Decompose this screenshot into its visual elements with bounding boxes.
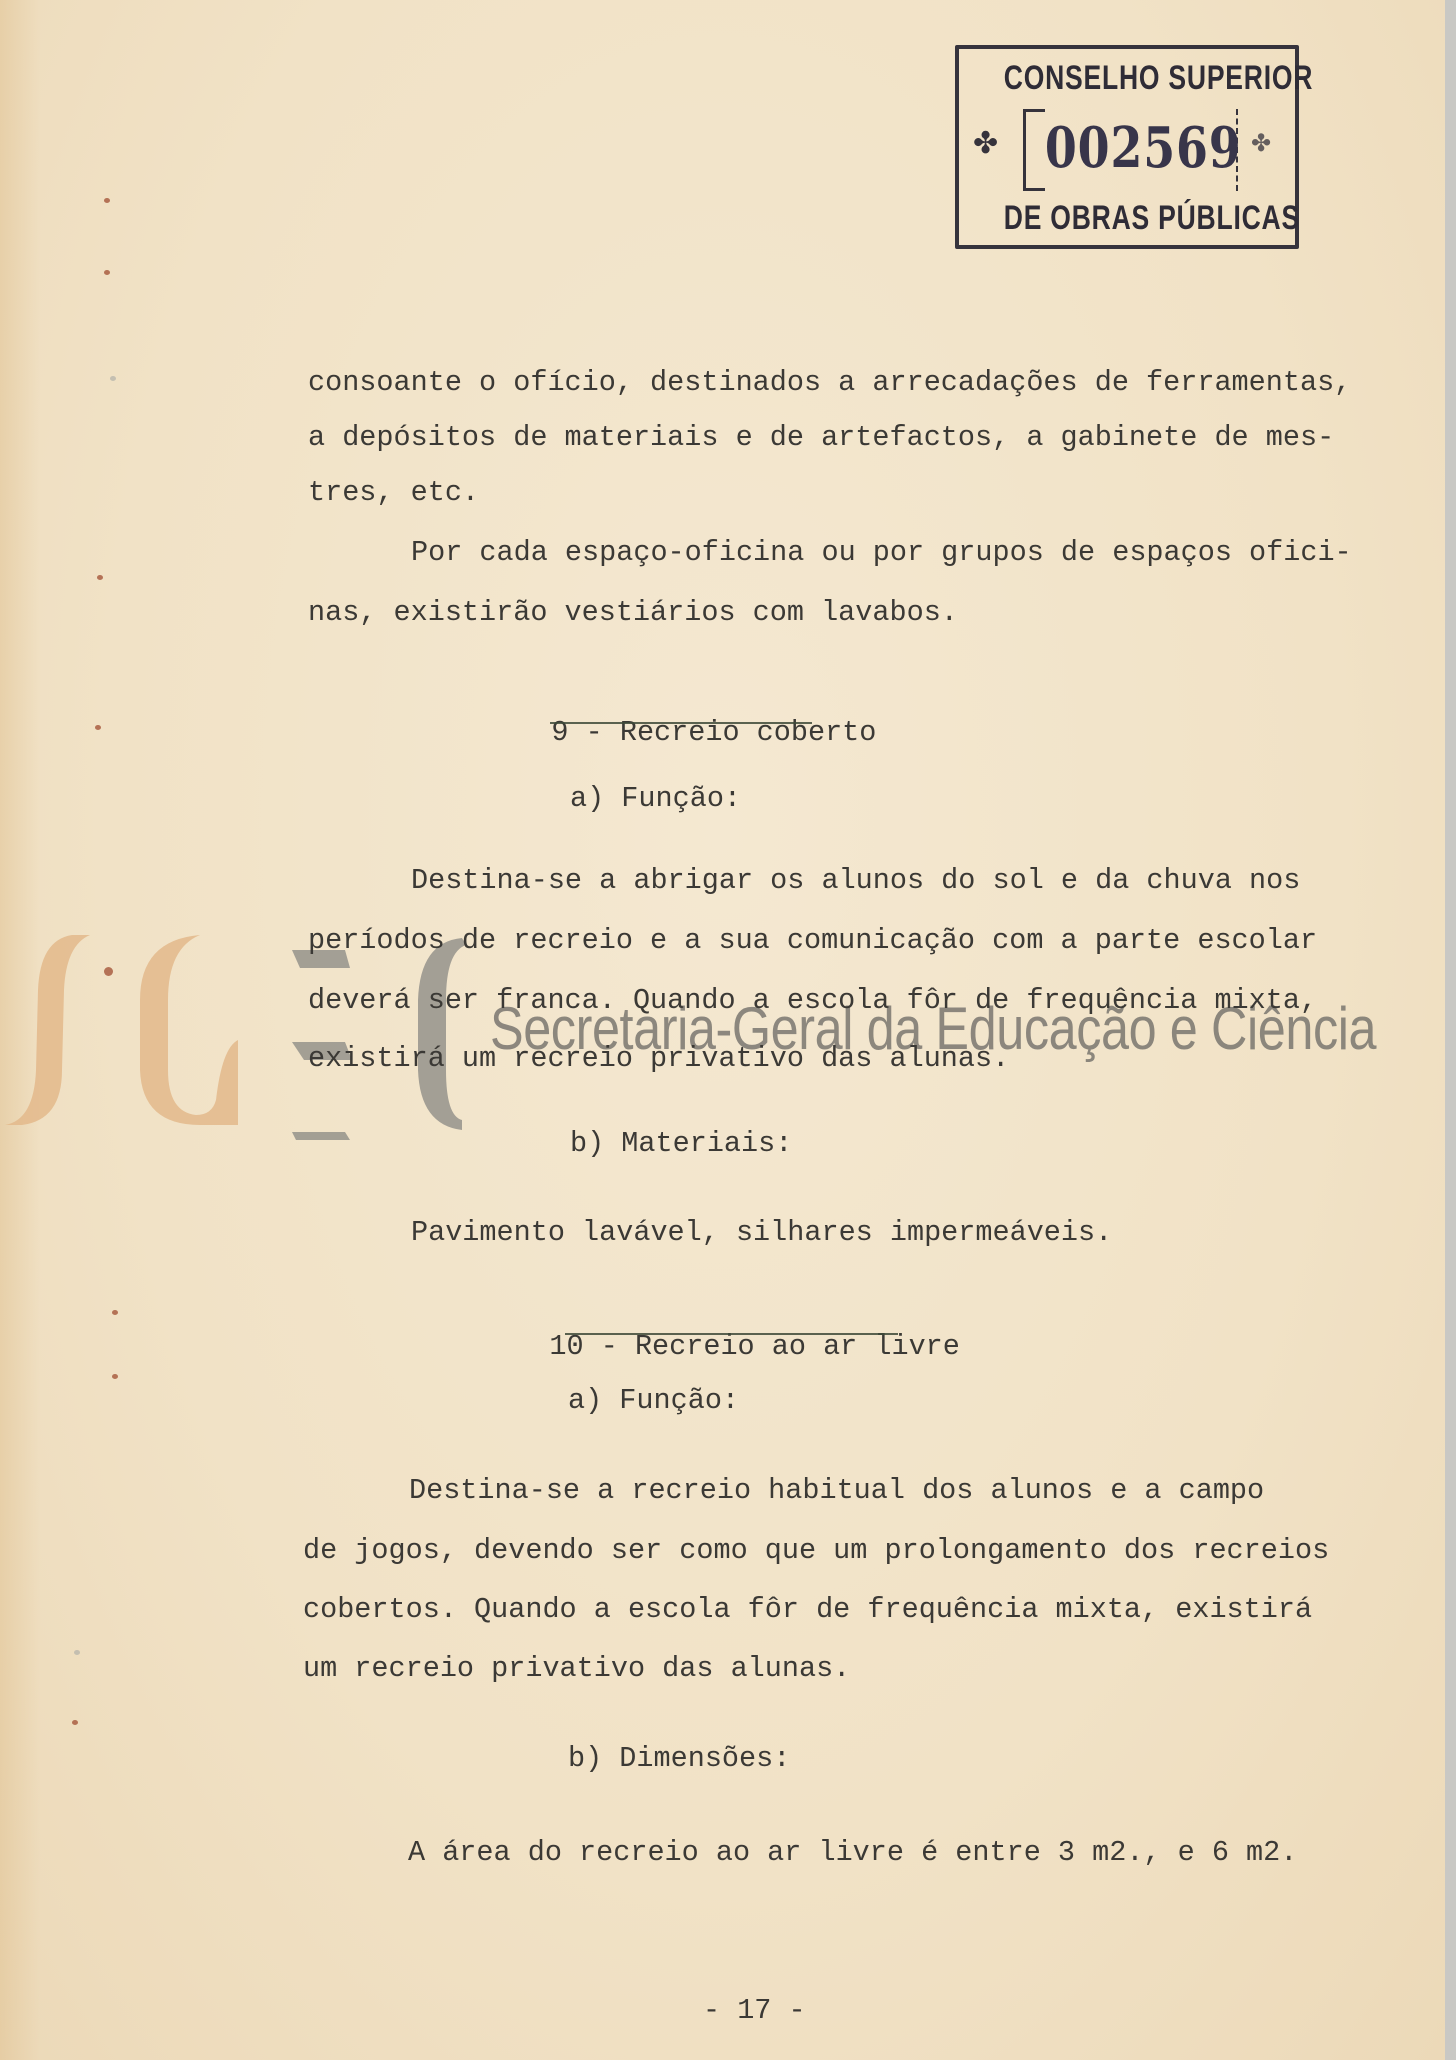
stamp-top-text: CONSELHO SUPERIOR <box>1004 59 1250 98</box>
stamp-bottom-text: DE OBRAS PÚBLICAS <box>1004 199 1250 238</box>
body-line: Por cada espaço-oficina ou por grupos de… <box>411 539 1352 568</box>
heading-underline <box>565 1333 898 1335</box>
margin-pinhole <box>74 1650 80 1655</box>
body-line: existirá um recreio privativo das alunas… <box>308 1045 1009 1074</box>
heading-underline <box>550 722 812 724</box>
subheading: a) Função: <box>568 1387 739 1416</box>
body-line: Destina-se a recreio habitual dos alunos… <box>409 1477 1264 1506</box>
margin-pinhole <box>95 725 101 730</box>
section-heading: 10 - Recreio ao ar livre <box>481 1304 960 1390</box>
margin-pinhole <box>97 575 103 580</box>
margin-pinhole <box>112 1310 118 1315</box>
subheading: a) Função: <box>570 785 741 814</box>
margin-pinhole <box>72 1720 78 1725</box>
subheading: b) Materiais: <box>570 1130 792 1159</box>
body-line: A área do recreio ao ar livre é entre 3 … <box>408 1839 1297 1868</box>
section-heading: 9 - Recreio coberto <box>483 690 876 776</box>
stamp-number-box: 002569 <box>1023 109 1238 191</box>
body-line: um recreio privativo das alunas. <box>303 1655 850 1684</box>
body-line: cobertos. Quando a escola fôr de frequên… <box>303 1596 1312 1625</box>
body-line: de jogos, devendo ser como que um prolon… <box>303 1537 1329 1566</box>
margin-pinhole <box>104 198 110 203</box>
ornament-icon: ✤ <box>1251 129 1271 159</box>
body-line: Pavimento lavável, silhares impermeáveis… <box>411 1219 1112 1248</box>
registry-stamp: CONSELHO SUPERIOR ✤ 002569 ✤ DE OBRAS PÚ… <box>955 45 1299 249</box>
section-title: Recreio coberto <box>620 716 877 749</box>
document-page: CONSELHO SUPERIOR ✤ 002569 ✤ DE OBRAS PÚ… <box>0 0 1445 2060</box>
body-line: Destina-se a abrigar os alunos do sol e … <box>411 867 1300 896</box>
margin-pinhole <box>110 376 116 381</box>
body-line: deverá ser franca. Quando a escola fôr d… <box>308 987 1317 1016</box>
body-line: nas, existirão vestiários com lavabos. <box>308 599 958 628</box>
margin-pinhole <box>112 1374 118 1379</box>
body-line: consoante o ofício, destinados a arrecad… <box>308 369 1351 398</box>
section-number: 9 - <box>551 716 619 749</box>
body-line: períodos de recreio e a sua comunicação … <box>308 927 1317 956</box>
body-line: a depósitos de materiais e de artefactos… <box>308 424 1334 453</box>
ornament-icon: ✤ <box>973 129 998 159</box>
subheading: b) Dimensões: <box>568 1745 790 1774</box>
page-number: - 17 - <box>703 1997 806 2026</box>
body-line: tres, etc. <box>308 479 479 508</box>
stamp-number: 002569 <box>1045 115 1217 181</box>
margin-pinhole <box>104 270 110 275</box>
